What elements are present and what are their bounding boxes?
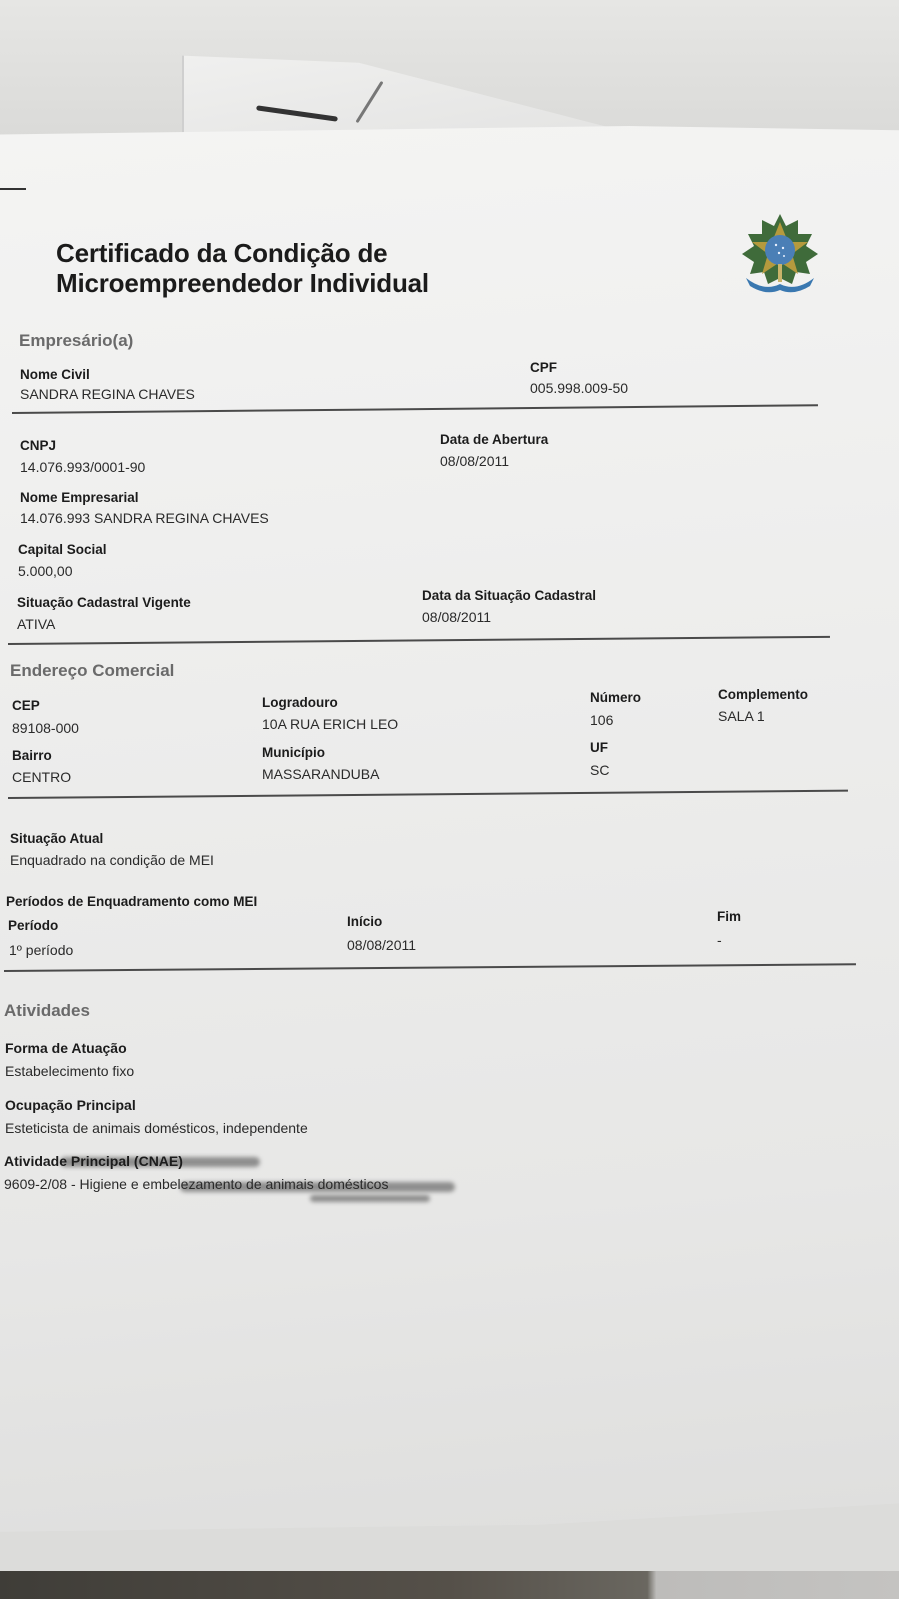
- logradouro-label: Logradouro: [262, 695, 338, 710]
- cep-value: 89108-000: [12, 720, 79, 736]
- cpf-value: 005.998.009-50: [530, 380, 628, 396]
- cnpj-value: 14.076.993/0001-90: [20, 459, 145, 475]
- cep-label: CEP: [12, 698, 40, 713]
- divider: [8, 790, 848, 799]
- situacao-atual-value: Enquadrado na condição de MEI: [10, 852, 214, 868]
- data-situacao-value: 08/08/2011: [422, 609, 491, 625]
- periodo-cell: 1º período: [9, 942, 73, 958]
- situacao-atual-label: Situação Atual: [10, 831, 103, 846]
- data-abertura-value: 08/08/2011: [440, 453, 509, 469]
- data-abertura-label: Data de Abertura: [440, 432, 548, 447]
- forma-atuacao-label: Forma de Atuação: [5, 1040, 127, 1056]
- section-heading-endereco: Endereço Comercial: [10, 661, 174, 681]
- logradouro-value: 10A RUA ERICH LEO: [262, 716, 398, 732]
- situacao-cadastral-label: Situação Cadastral Vigente: [17, 595, 191, 610]
- nome-empresarial-label: Nome Empresarial: [20, 490, 139, 505]
- section-heading-empresario: Empresário(a): [19, 331, 133, 351]
- periodos-heading: Períodos de Enquadramento como MEI: [6, 894, 257, 909]
- inicio-column-header: Início: [347, 914, 382, 929]
- certificate-document: Certificado da Condição de Microempreend…: [0, 0, 899, 1599]
- cnae-value: 9609-2/08 - Higiene e embelezamento de a…: [4, 1176, 388, 1192]
- data-situacao-label: Data da Situação Cadastral: [422, 588, 596, 603]
- uf-label: UF: [590, 740, 608, 755]
- periodo-column-header: Período: [8, 918, 58, 933]
- divider: [4, 963, 856, 972]
- nome-civil-label: Nome Civil: [20, 367, 90, 382]
- title-line-1: Certificado da Condição de: [56, 238, 429, 268]
- bairro-label: Bairro: [12, 748, 52, 763]
- uf-value: SC: [590, 762, 609, 778]
- capital-social-label: Capital Social: [18, 542, 107, 557]
- divider: [8, 636, 830, 645]
- numero-value: 106: [590, 712, 613, 728]
- inicio-cell: 08/08/2011: [347, 937, 416, 953]
- section-heading-atividades: Atividades: [4, 1001, 90, 1021]
- nome-civil-value: SANDRA REGINA CHAVES: [20, 386, 195, 402]
- brazil-coat-of-arms-icon: [738, 212, 822, 296]
- cnae-label: Atividade Principal (CNAE): [4, 1153, 183, 1169]
- fim-cell: -: [717, 932, 722, 948]
- fim-column-header: Fim: [717, 909, 741, 924]
- cpf-label: CPF: [530, 360, 557, 375]
- complemento-value: SALA 1: [718, 708, 765, 724]
- capital-social-value: 5.000,00: [18, 563, 73, 579]
- nome-empresarial-value: 14.076.993 SANDRA REGINA CHAVES: [20, 510, 269, 526]
- divider: [12, 404, 818, 414]
- municipio-value: MASSARANDUBA: [262, 766, 379, 782]
- situacao-cadastral-value: ATIVA: [17, 616, 55, 632]
- marker-highlight: [310, 1195, 430, 1202]
- numero-label: Número: [590, 690, 641, 705]
- forma-atuacao-value: Estabelecimento fixo: [5, 1063, 134, 1079]
- ocupacao-principal-label: Ocupação Principal: [5, 1097, 136, 1113]
- bairro-value: CENTRO: [12, 769, 71, 785]
- complemento-label: Complemento: [718, 687, 808, 702]
- page-title: Certificado da Condição de Microempreend…: [56, 238, 429, 298]
- municipio-label: Município: [262, 745, 325, 760]
- title-line-2: Microempreendedor Individual: [56, 268, 429, 298]
- ocupacao-principal-value: Esteticista de animais domésticos, indep…: [5, 1120, 308, 1136]
- cnpj-label: CNPJ: [20, 438, 56, 453]
